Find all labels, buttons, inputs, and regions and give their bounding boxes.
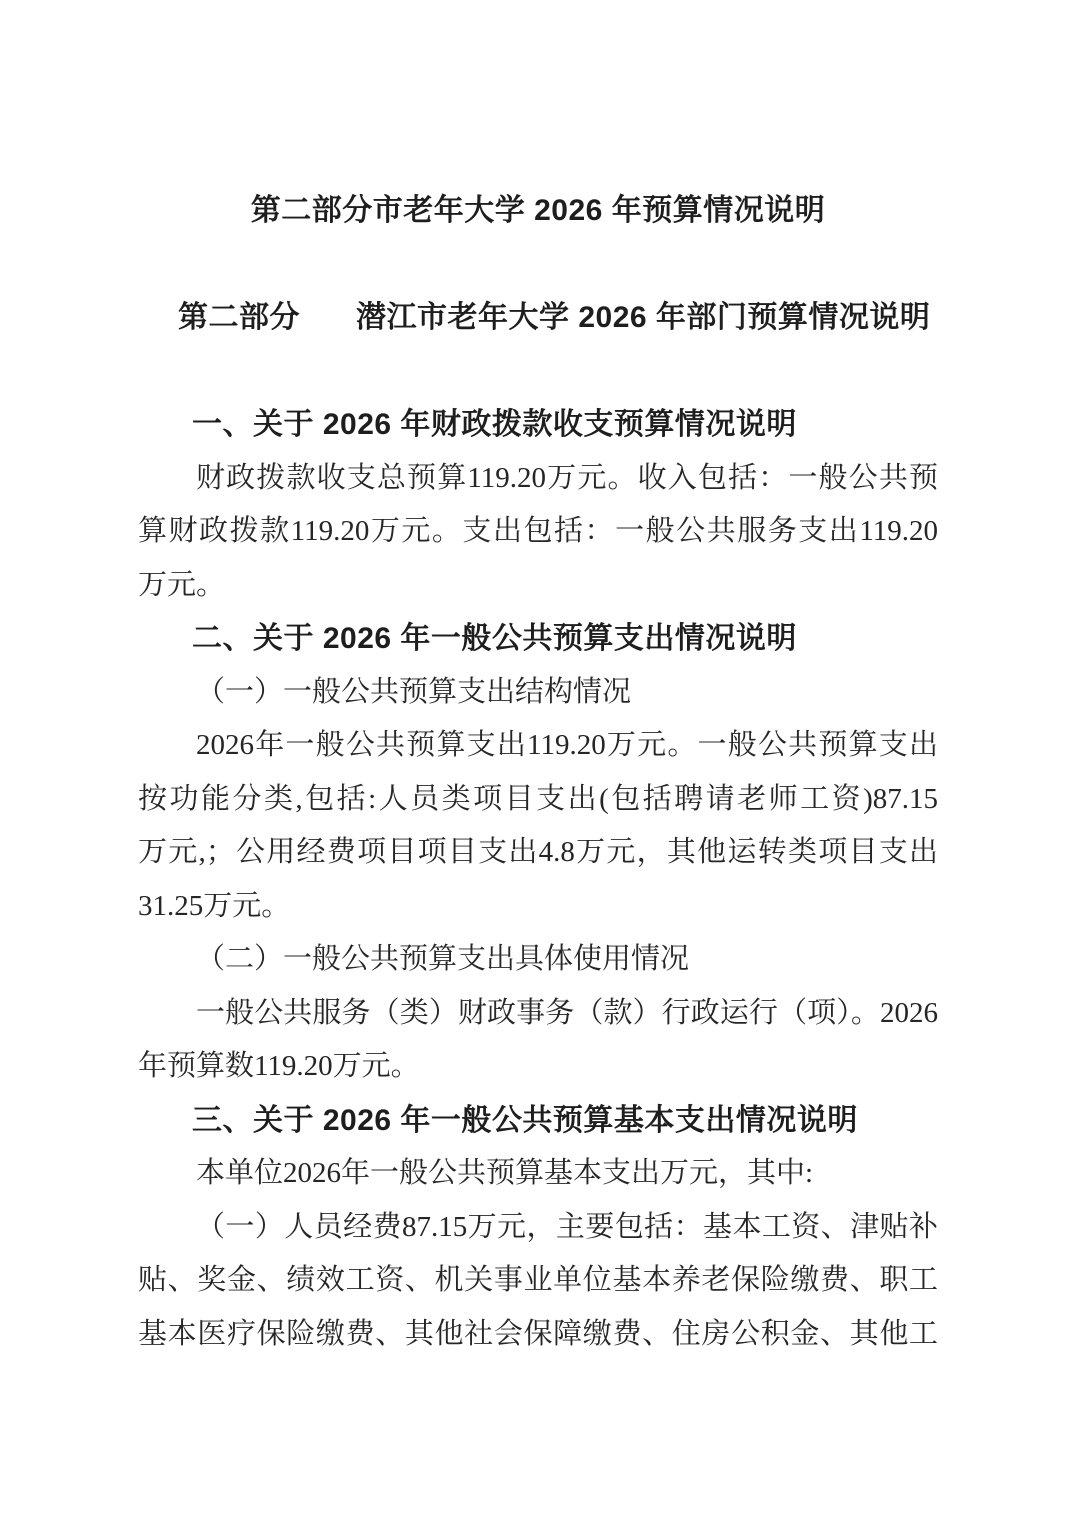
subsection-2-2-body-line: 年预算数119.20万元。 [138,1040,938,1094]
subsection-2-1-body-line: 31.25万元。 [138,880,938,934]
subsection-2-1-body-line: 2026年一般公共预算支出119.20万元。一般公共预算支出 [138,719,938,773]
section-3-item-line: 基本医疗保险缴费、其他社会保障缴费、住房公积金、其他工 [138,1308,938,1362]
section-1-body-line: 算财政拨款119.20万元。支出包括：一般公共服务支出119.20 [138,505,938,559]
section-3-body-line: 本单位2026年一般公共预算基本支出万元，其中: [138,1147,938,1201]
part-heading-label: 第二部分 [178,301,300,334]
section-3-item-line: （一）人员经费87.15万元，主要包括：基本工资、津贴补 [138,1201,938,1255]
part-heading-title: 潜江市老年大学 2026 年部门预算情况说明 [356,301,930,334]
part-heading: 第二部分潜江市老年大学 2026 年部门预算情况说明 [138,291,938,345]
main-title: 第二部分市老年大学 2026 年预算情况说明 [138,184,938,238]
section-3-item-line: 贴、奖金、绩效工资、机关事业单位基本养老保险缴费、职工 [138,1254,938,1308]
section-1-body-line: 财政拨款收支总预算119.20万元。收入包括：一般公共预 [138,452,938,506]
document-page: 第二部分市老年大学 2026 年预算情况说明 第二部分潜江市老年大学 2026 … [0,0,1074,1520]
subsection-2-2-heading: （二）一般公共预算支出具体使用情况 [138,933,938,987]
section-2-heading: 二、关于 2026 年一般公共预算支出情况说明 [138,612,938,666]
subsection-2-1-body-line: 按功能分类,包括:人员类项目支出(包括聘请老师工资)87.15 [138,773,938,827]
subsection-2-2-body-line: 一般公共服务（类）财政事务（款）行政运行（项）。2026 [138,987,938,1041]
section-3-heading: 三、关于 2026 年一般公共预算基本支出情况说明 [138,1094,938,1148]
section-1-heading: 一、关于 2026 年财政拨款收支预算情况说明 [138,398,938,452]
document-content: 第二部分市老年大学 2026 年预算情况说明 第二部分潜江市老年大学 2026 … [138,0,938,1361]
section-1-body-line: 万元。 [138,559,938,613]
subsection-2-1-body-line: 万元,；公用经费项目项目支出4.8万元，其他运转类项目支出 [138,826,938,880]
subsection-2-1-heading: （一）一般公共预算支出结构情况 [138,666,938,720]
